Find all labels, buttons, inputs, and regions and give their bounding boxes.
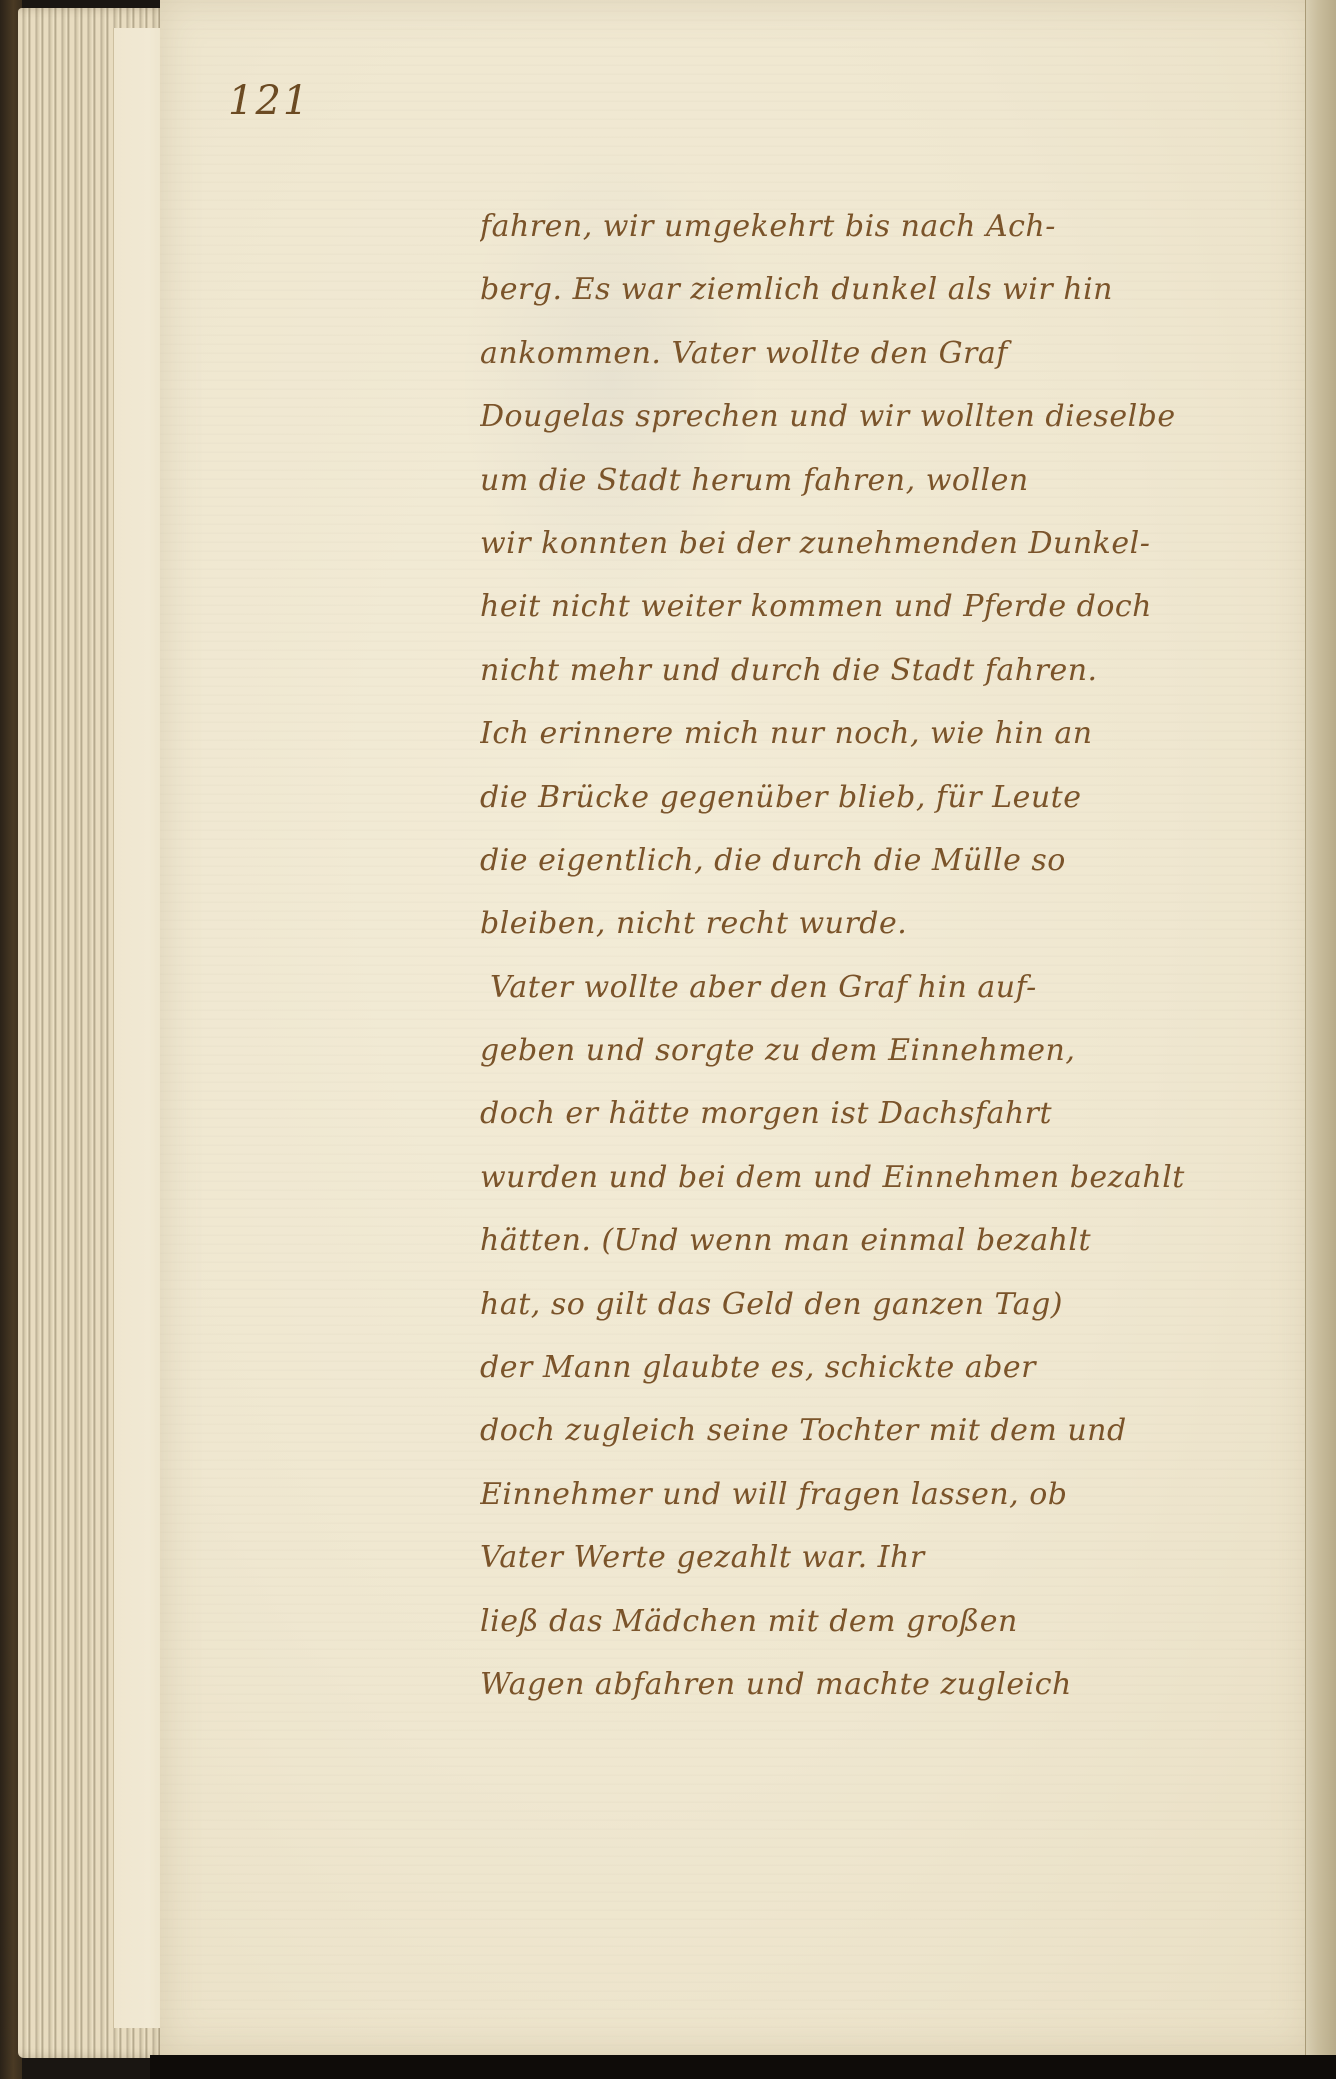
text-line: Vater Werte gezahlt war. Ihr — [480, 1526, 1270, 1589]
text-line: berg. Es war ziemlich dunkel als wir hin — [480, 258, 1270, 321]
text-line: doch zugleich seine Tochter mit dem und — [480, 1399, 1270, 1462]
text-line: doch er hätte morgen ist Dachsfahrt — [480, 1082, 1270, 1145]
text-line: hat, so gilt das Geld den ganzen Tag) — [480, 1273, 1270, 1336]
handwritten-text-block: fahren, wir umgekehrt bis nach Ach- berg… — [480, 195, 1270, 1716]
text-line: heit nicht weiter kommen und Pferde doch — [480, 575, 1270, 638]
text-line: Einnehmer und will fragen lassen, ob — [480, 1463, 1270, 1526]
page-stack-left — [18, 8, 168, 2058]
text-line: geben und sorgte zu dem Einnehmen, — [480, 1019, 1270, 1082]
text-line: die eigentlich, die durch die Mülle so — [480, 829, 1270, 892]
text-line: wurden und bei dem und Einnehmen bezahlt — [480, 1146, 1270, 1209]
text-line: nicht mehr und durch die Stadt fahren. — [480, 639, 1270, 702]
text-line: Vater wollte aber den Graf hin auf- — [480, 956, 1270, 1019]
page-number: 121 — [228, 78, 310, 124]
text-line: fahren, wir umgekehrt bis nach Ach- — [480, 195, 1270, 258]
text-line: ankommen. Vater wollte den Graf — [480, 322, 1270, 385]
text-line: die Brücke gegenüber blieb, für Leute — [480, 766, 1270, 829]
text-line: bleiben, nicht recht wurde. — [480, 892, 1270, 955]
bottom-shadow — [150, 2055, 1336, 2079]
text-line: Wagen abfahren und machte zugleich — [480, 1653, 1270, 1716]
text-line: Dougelas sprechen und wir wollten diesel… — [480, 385, 1270, 448]
text-line: der Mann glaubte es, schickte aber — [480, 1336, 1270, 1399]
text-line: hätten. (Und wenn man einmal bezahlt — [480, 1209, 1270, 1272]
manuscript-page: 121 fahren, wir umgekehrt bis nach Ach- … — [160, 0, 1312, 2055]
text-line: wir konnten bei der zunehmenden Dunkel- — [480, 512, 1270, 575]
page-right-edge — [1305, 0, 1336, 2079]
text-line: Ich erinnere mich nur noch, wie hin an — [480, 702, 1270, 765]
text-line: um die Stadt herum fahren, wollen — [480, 449, 1270, 512]
book-scan: 121 fahren, wir umgekehrt bis nach Ach- … — [0, 0, 1336, 2079]
text-line: ließ das Mädchen mit dem großen — [480, 1590, 1270, 1653]
